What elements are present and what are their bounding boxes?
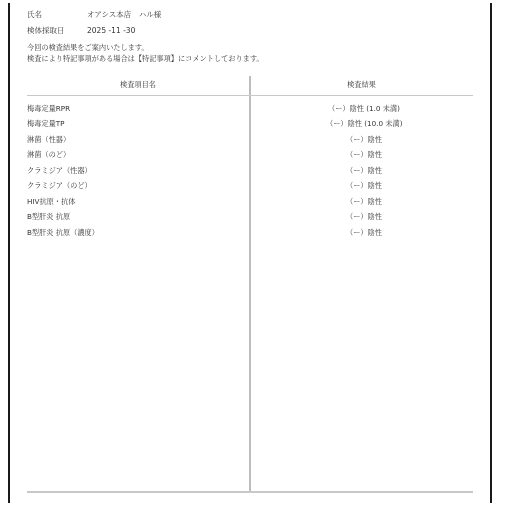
intro-line-1: 今回の検査結果をご案内いたします。 (27, 42, 264, 53)
header-test-result: 検査結果 (250, 80, 473, 90)
test-result: （ー）陰性 (10.0 未満) (326, 119, 403, 129)
test-name: 梅毒定量RPR (27, 104, 70, 114)
table-bottom-line (27, 491, 473, 493)
patient-name-label: 氏名 (27, 9, 87, 20)
test-result: （ー）陰性 (346, 150, 382, 160)
column-divider (249, 76, 251, 492)
page-border-left (8, 3, 10, 503)
test-result: （ー）陰性 (346, 197, 382, 207)
test-name: 淋菌（のど） (27, 150, 70, 160)
test-name: 梅毒定量TP (27, 119, 64, 129)
test-result: （ー）陰性 (346, 228, 382, 238)
test-name: HIV抗原・抗体 (27, 197, 75, 207)
patient-name-row: 氏名オアシス本店 ハル様 (27, 9, 161, 20)
test-name: クラミジア（のど） (27, 181, 92, 191)
test-name: クラミジア（性器） (27, 166, 92, 176)
test-result: （ー）陰性 (346, 166, 382, 176)
header-test-name: 検査項目名 (27, 80, 249, 90)
collection-date-label: 検体採取日 (27, 25, 87, 36)
collection-date-row: 検体採取日2025 -11 -30 (27, 25, 135, 36)
page-border-right (490, 3, 492, 503)
intro-line-2: 検査により特記事項がある場合は【特記事項】にコメントしております。 (27, 53, 264, 64)
test-result: （ー）陰性 (346, 212, 382, 222)
test-result: （ー）陰性 (346, 135, 382, 145)
header-underline (27, 95, 473, 96)
test-result: （ー）陰性 (1.0 未満) (328, 104, 400, 114)
test-name: 淋菌（性器） (27, 135, 70, 145)
test-name: B型肝炎 抗原（濃度） (27, 228, 99, 238)
test-result: （ー）陰性 (346, 181, 382, 191)
collection-date-value: 2025 -11 -30 (87, 26, 135, 35)
patient-name-value: オアシス本店 ハル様 (87, 10, 161, 19)
test-name: B型肝炎 抗原 (27, 212, 70, 222)
intro-message: 今回の検査結果をご案内いたします。 検査により特記事項がある場合は【特記事項】に… (27, 42, 264, 64)
